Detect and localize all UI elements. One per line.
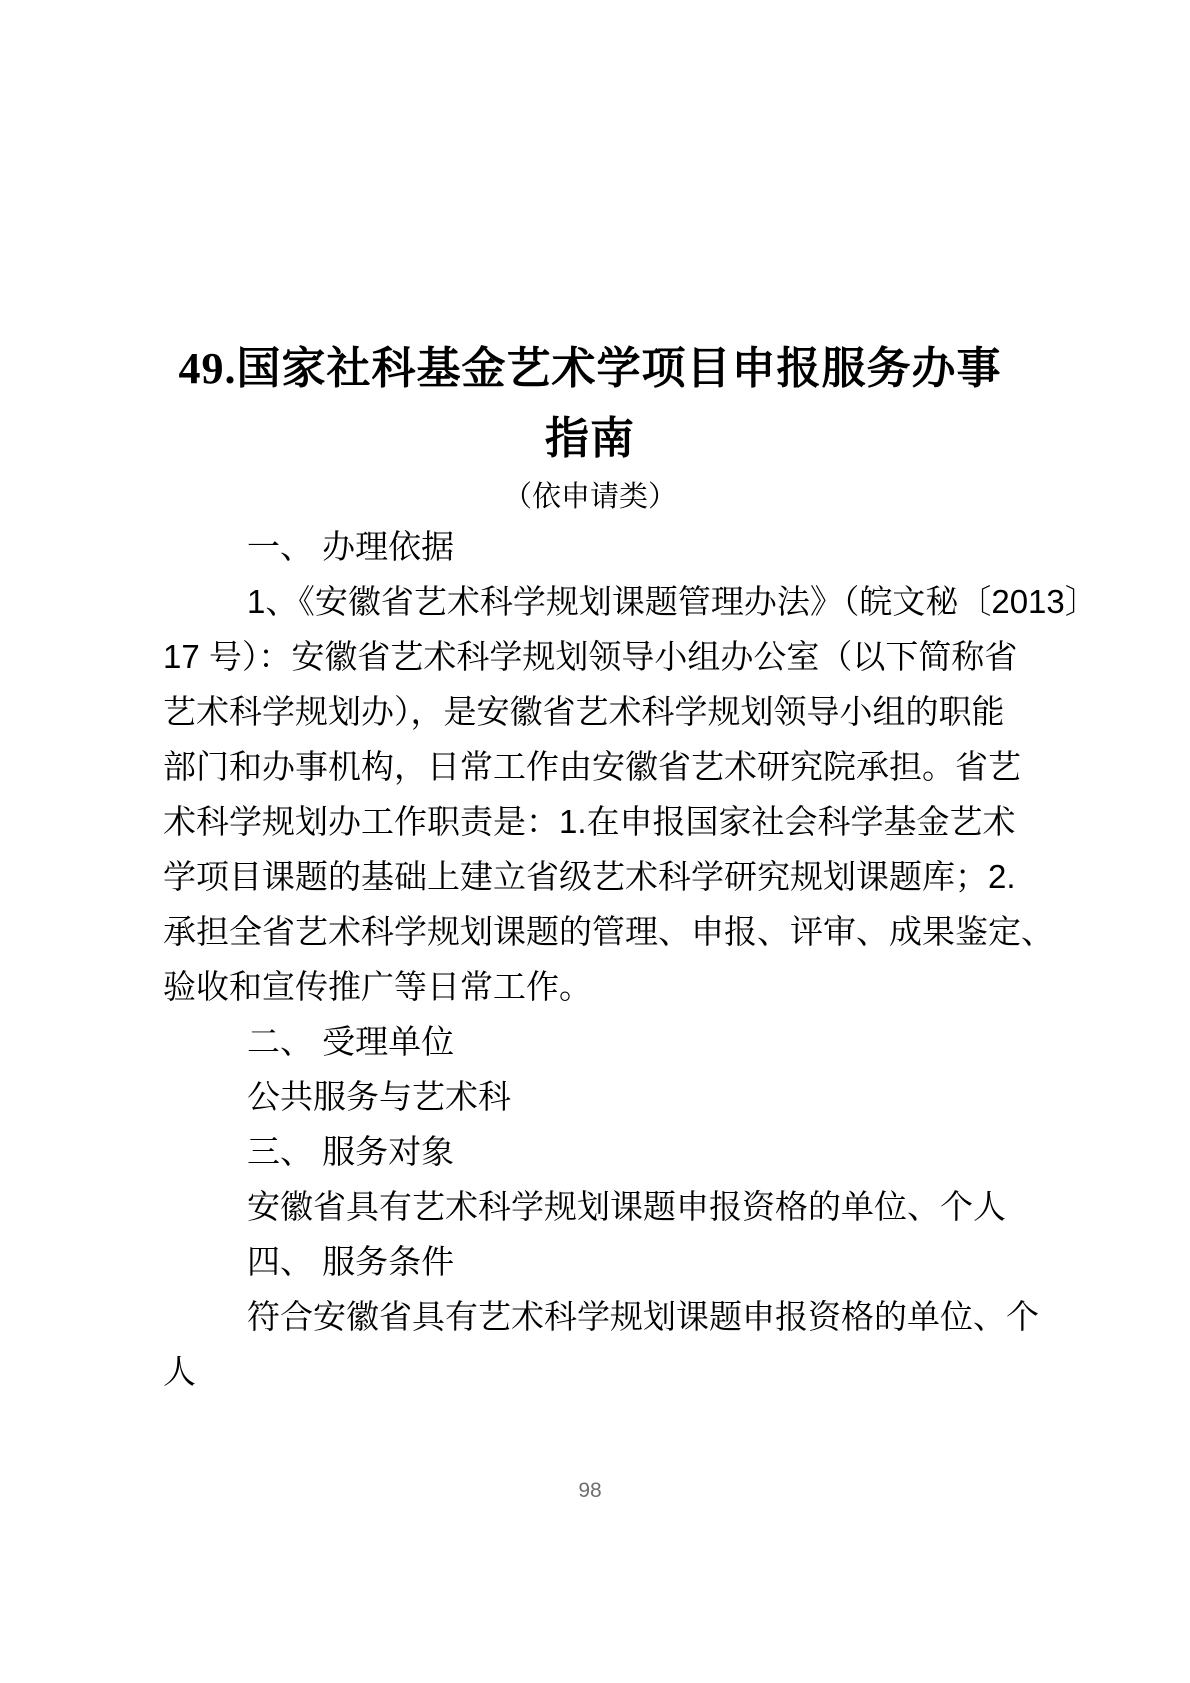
section-heading-2: 二、 受理单位 [163,1014,1023,1069]
document-title-line1: 49.国家社科基金艺术学项目申报服务办事 [150,334,1030,404]
document-title: 49.国家社科基金艺术学项目申报服务办事 指南 [150,334,1030,474]
paragraph-line: 1、《安徽省艺术科学规划课题管理办法》（皖文秘〔2013〕 [163,574,1023,629]
paragraph-line: 安徽省具有艺术科学规划课题申报资格的单位、个人 [163,1179,1023,1234]
paragraph-line: 学项目课题的基础上建立省级艺术科学研究规划课题库；2. [163,849,1023,904]
paragraph-line: 人 [163,1344,1023,1399]
paragraph-line: 公共服务与艺术科 [163,1069,1023,1124]
section-heading-3: 三、 服务对象 [163,1124,1023,1179]
paragraph-line: 部门和办事机构，日常工作由安徽省艺术研究院承担。省艺 [163,739,1023,794]
document-body: 一、 办理依据 1、《安徽省艺术科学规划课题管理办法》（皖文秘〔2013〕 17… [163,519,1023,1399]
paragraph-line: 17 号）：安徽省艺术科学规划领导小组办公室（以下简称省 [163,629,1023,684]
section-heading-4: 四、 服务条件 [163,1234,1023,1289]
paragraph-line: 承担全省艺术科学规划课题的管理、申报、评审、成果鉴定、 [163,904,1023,959]
document-title-line2: 指南 [150,404,1030,474]
page-number: 98 [150,1477,1030,1505]
document-page: 49.国家社科基金艺术学项目申报服务办事 指南 （依申请类） 一、 办理依据 1… [0,0,1190,1683]
paragraph-line: 术科学规划办工作职责是：1.在申报国家社会科学基金艺术 [163,794,1023,849]
paragraph-line: 验收和宣传推广等日常工作。 [163,959,1023,1014]
paragraph-line: 符合安徽省具有艺术科学规划课题申报资格的单位、个 [163,1289,1023,1344]
section-heading-1: 一、 办理依据 [163,519,1023,574]
paragraph-line: 艺术科学规划办），是安徽省艺术科学规划领导小组的职能 [163,684,1023,739]
document-subtitle: （依申请类） [150,477,1030,517]
